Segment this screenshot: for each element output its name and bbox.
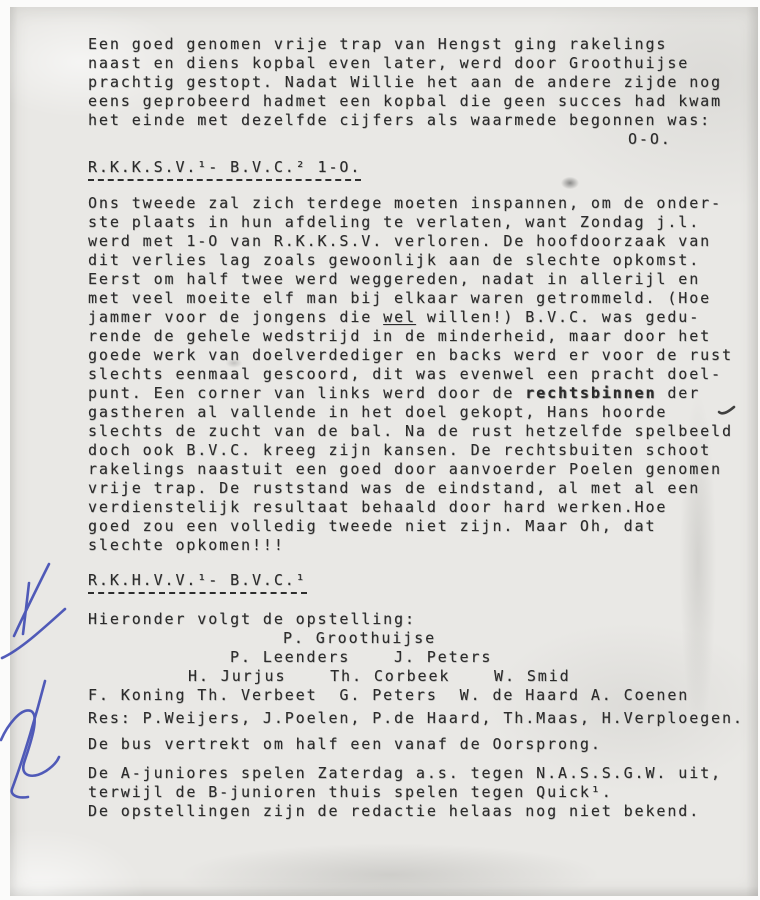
lineup-row-keeper: P. Groothuijse <box>283 629 752 648</box>
lineup-row-midfield: H. Jurjus Th. Corbeek W. Smid <box>188 667 752 686</box>
typed-text-column: Een goed genomen vrije trap van Hengst g… <box>88 0 752 821</box>
match-heading-2: R.K.H.V.V.¹- B.V.C.¹ <box>88 571 752 594</box>
match-heading-2-text: R.K.H.V.V.¹- B.V.C.¹ <box>88 571 307 594</box>
lineup-row-backs: P. Leenders J. Peters <box>230 648 752 667</box>
reserves-line: Res: P.Weijers, J.Poelen, P.de Haard, Th… <box>88 709 752 728</box>
match-heading-1: R.K.K.S.V.¹- B.V.C.² 1-O. <box>88 158 752 181</box>
scanned-page: Een goed genomen vrije trap van Hengst g… <box>0 0 760 900</box>
match-report-2: Ons tweede zal zich terdege moeten inspa… <box>88 194 752 555</box>
juniors-note: De A-juniores spelen Zaterdag a.s. tegen… <box>88 764 752 821</box>
report-text-segment: der gastheren al vallende in het doel ge… <box>88 384 733 554</box>
underlined-word: wel <box>383 308 416 326</box>
lineup-intro: Hieronder volgt de opstelling: <box>88 610 752 629</box>
score-line: O-O. <box>628 130 752 149</box>
bold-word: rechtsbinnen <box>525 384 656 402</box>
match-heading-1-text: R.K.K.S.V.¹- B.V.C.² 1-O. <box>88 158 361 181</box>
match-report-1: Een goed genomen vrije trap van Hengst g… <box>88 35 752 130</box>
report-text-segment: Ons tweede zal zich terdege moeten inspa… <box>88 194 722 326</box>
lineup-row-forwards: F. Koning Th. Verbeet G. Peters W. de Ha… <box>88 686 752 705</box>
bus-departure-line: De bus vertrekt om half een vanaf de Oor… <box>88 735 752 754</box>
